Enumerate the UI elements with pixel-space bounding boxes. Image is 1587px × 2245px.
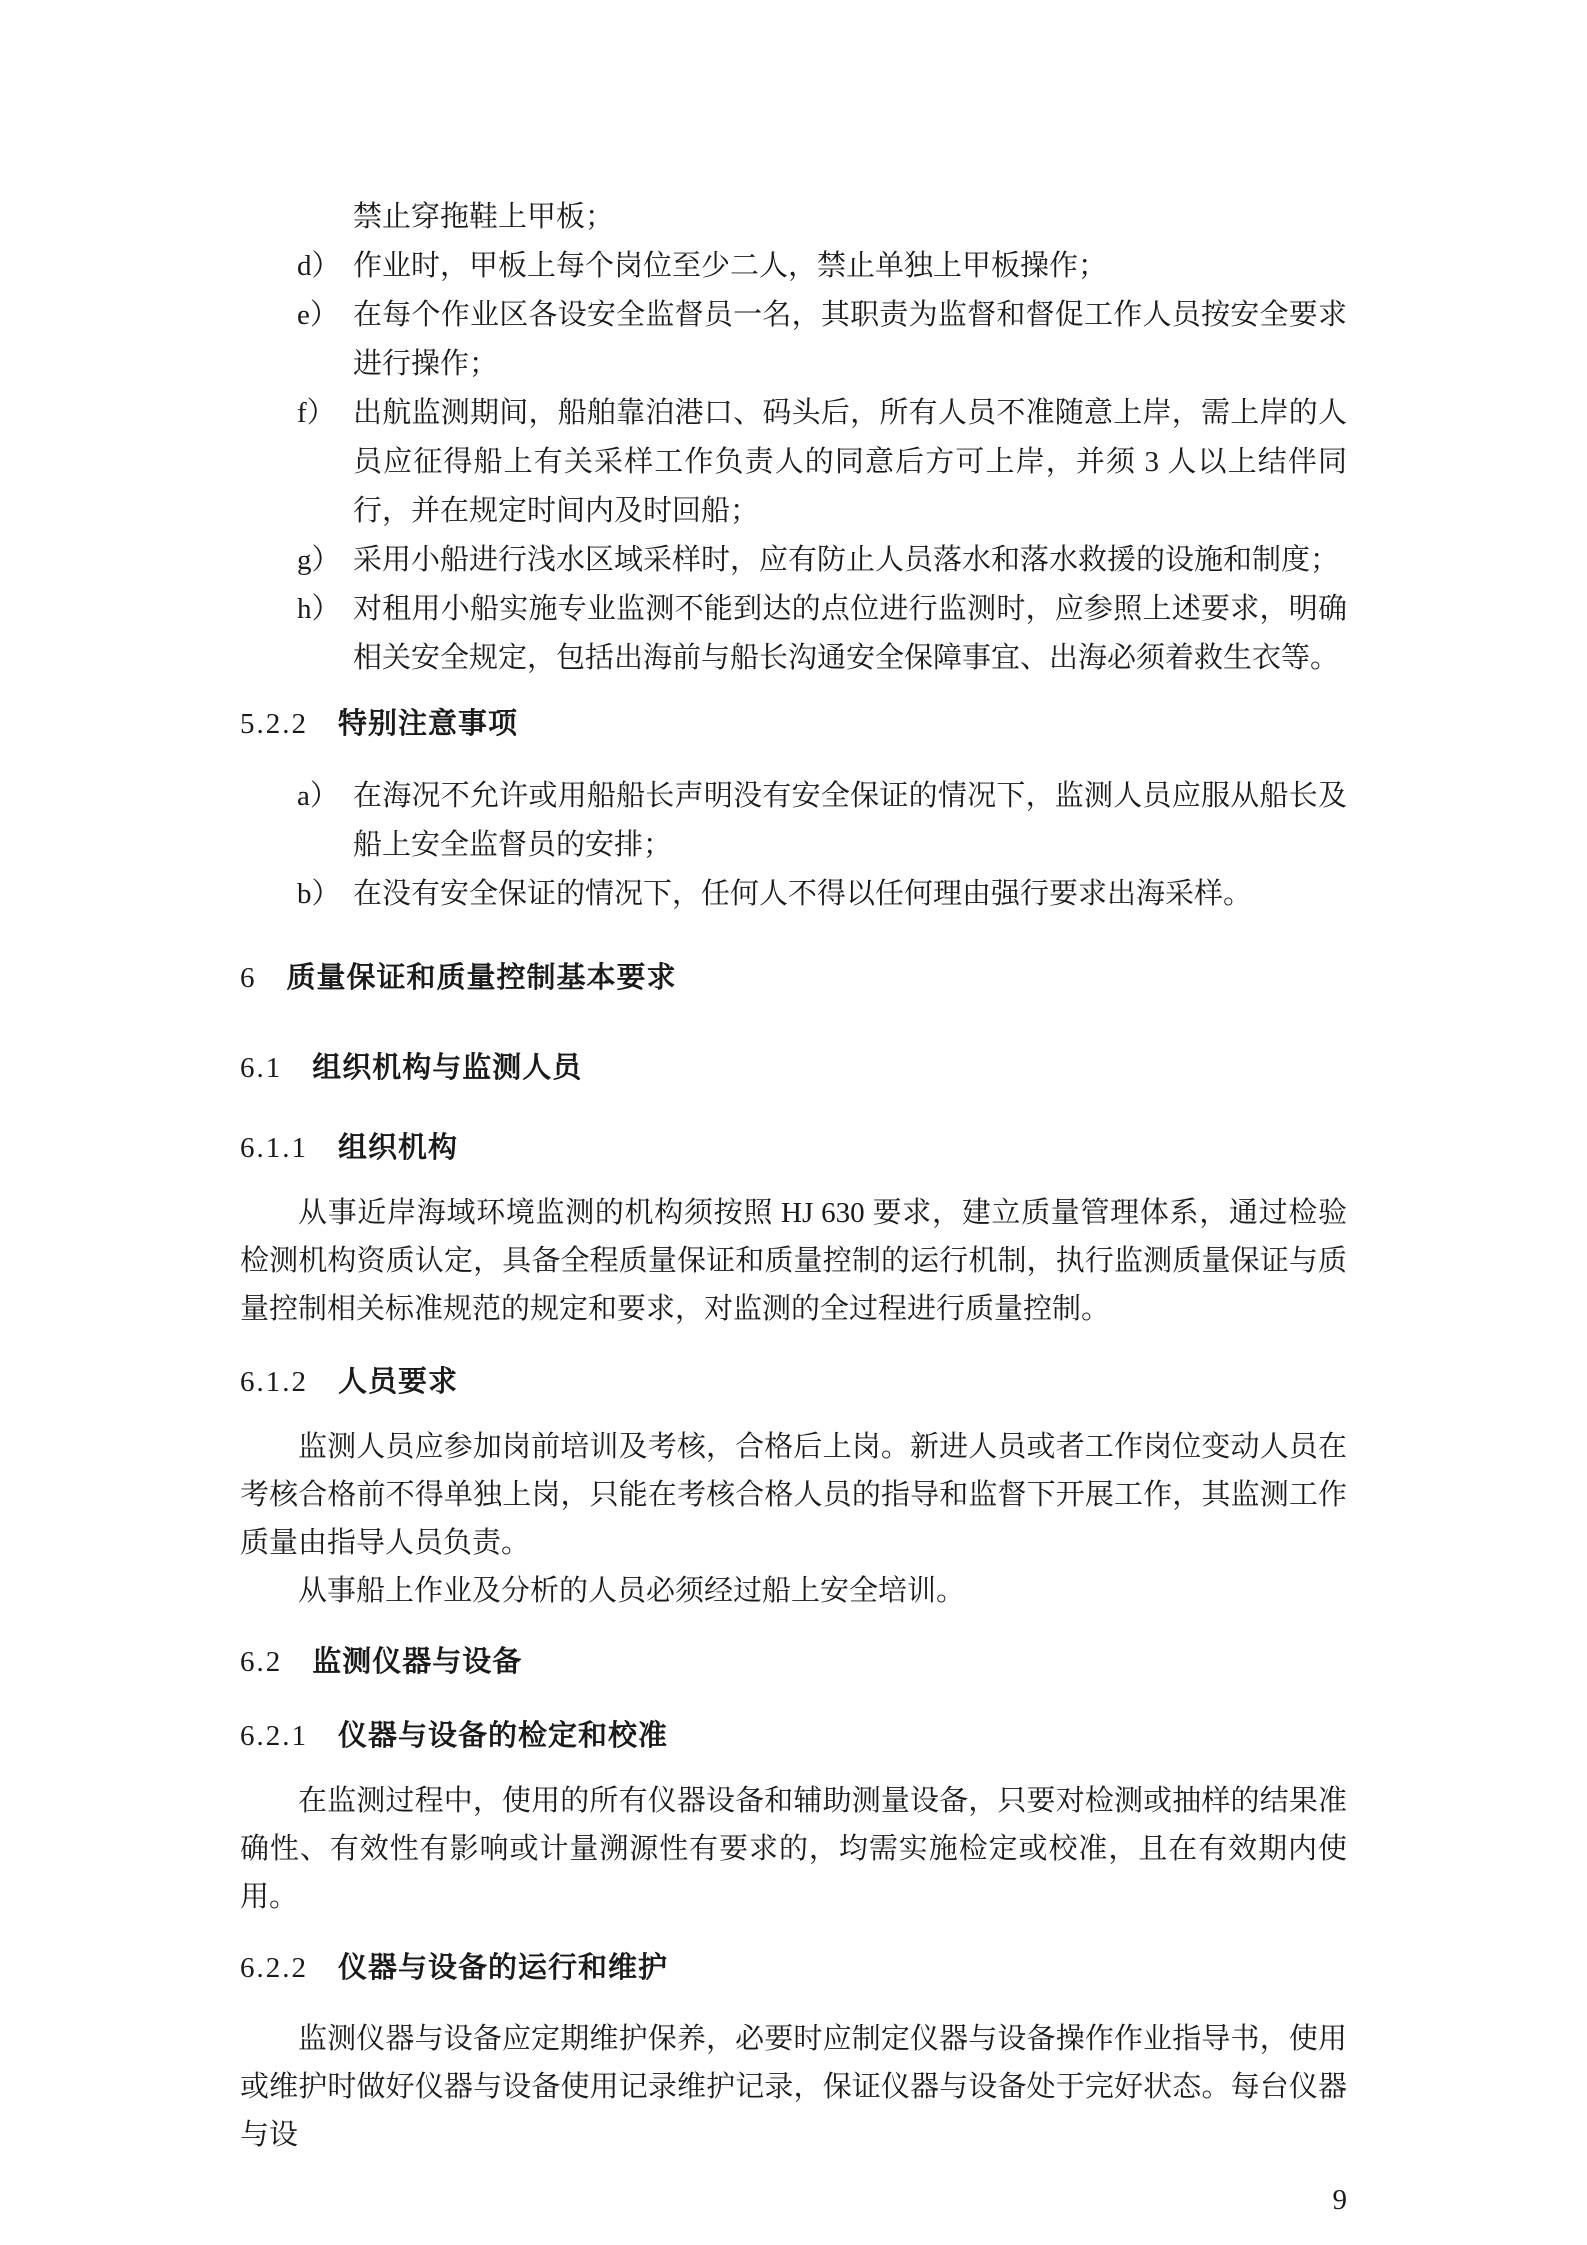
list-marker: h） <box>297 585 341 634</box>
section-title: 仪器与设备的检定和校准 <box>338 1720 668 1752</box>
section-title: 特别注意事项 <box>338 708 518 740</box>
body-paragraph: 从事近岸海域环境监测的机构须按照 HJ 630 要求，建立质量管理体系，通过检验… <box>240 1189 1347 1333</box>
section-title: 人员要求 <box>338 1366 458 1398</box>
list-item-text: 在每个作业区各设安全监督员一名，其职责为监督和督促工作人员按安全要求进行操作； <box>353 299 1347 380</box>
list-item-h: h） 对租用小船实施专业监测不能到达的点位进行监测时，应参照上述要求，明确相关安… <box>240 585 1347 683</box>
list-marker: e） <box>297 291 339 340</box>
list-item-g: g） 采用小船进行浅水区域采样时，应有防止人员落水和落水救援的设施和制度； <box>240 536 1347 585</box>
body-paragraph: 监测人员应参加岗前培训及考核，合格后上岗。新进人员或者工作岗位变动人员在考核合格… <box>240 1423 1347 1567</box>
section-number: 6.2 <box>240 1646 282 1678</box>
list-item-a: a） 在海况不允许或用船船长声明没有安全保证的情况下，监测人员应服从船长及船上安… <box>240 772 1347 870</box>
list-item-c-continuation: 禁止穿拖鞋上甲板； <box>240 193 1347 242</box>
section-heading-6: 6质量保证和质量控制基本要求 <box>240 954 1347 1003</box>
list-item-text: 采用小船进行浅水区域采样时，应有防止人员落水和落水救援的设施和制度； <box>353 544 1339 576</box>
section-heading-5-2-2: 5.2.2特别注意事项 <box>240 700 1347 749</box>
section-title: 组织机构与监测人员 <box>312 1052 582 1084</box>
list-item-b: b） 在没有安全保证的情况下，任何人不得以任何理由强行要求出海采样。 <box>240 870 1347 919</box>
list-marker: a） <box>297 772 339 821</box>
section-title: 组织机构 <box>338 1132 458 1164</box>
list-marker: f） <box>297 389 336 438</box>
section-heading-6-1-1: 6.1.1组织机构 <box>240 1124 1347 1173</box>
section-heading-6-1-2: 6.1.2人员要求 <box>240 1358 1347 1407</box>
section-heading-6-2-1: 6.2.1仪器与设备的检定和校准 <box>240 1712 1347 1761</box>
section-heading-6-2: 6.2监测仪器与设备 <box>240 1638 1347 1687</box>
list-item-d: d） 作业时，甲板上每个岗位至少二人，禁止单独上甲板操作； <box>240 242 1347 291</box>
list-item-e: e） 在每个作业区各设安全监督员一名，其职责为监督和督促工作人员按安全要求进行操… <box>240 291 1347 389</box>
section-number: 6.2.1 <box>240 1720 308 1752</box>
body-paragraph: 在监测过程中，使用的所有仪器设备和辅助测量设备，只要对检测或抽样的结果准确性、有… <box>240 1777 1347 1921</box>
section-number: 6.2.2 <box>240 1952 308 1984</box>
list-item-text: 出航监测期间，船舶靠泊港口、码头后，所有人员不准随意上岸，需上岸的人员应征得船上… <box>353 397 1347 527</box>
section-number: 6.1.2 <box>240 1366 308 1398</box>
section-title: 监测仪器与设备 <box>312 1646 522 1678</box>
section-number: 6 <box>240 962 257 994</box>
section-number: 5.2.2 <box>240 708 308 740</box>
page-number: 9 <box>240 2179 1347 2221</box>
section-title: 质量保证和质量控制基本要求 <box>287 962 677 994</box>
list-item-f: f） 出航监测期间，船舶靠泊港口、码头后，所有人员不准随意上岸，需上岸的人员应征… <box>240 389 1347 536</box>
list-item-text: 在海况不允许或用船船长声明没有安全保证的情况下，监测人员应服从船长及船上安全监督… <box>353 780 1347 861</box>
section-title: 仪器与设备的运行和维护 <box>338 1952 668 1984</box>
list-item-text: 作业时，甲板上每个岗位至少二人，禁止单独上甲板操作； <box>353 250 1107 282</box>
list-marker: g） <box>297 536 341 585</box>
section-heading-6-2-2: 6.2.2仪器与设备的运行和维护 <box>240 1944 1347 1993</box>
section-heading-6-1: 6.1组织机构与监测人员 <box>240 1044 1347 1093</box>
list-item-text: 禁止穿拖鞋上甲板； <box>353 201 614 233</box>
body-paragraph: 从事船上作业及分析的人员必须经过船上安全培训。 <box>240 1567 1347 1615</box>
document-page: 禁止穿拖鞋上甲板； d） 作业时，甲板上每个岗位至少二人，禁止单独上甲板操作； … <box>0 0 1587 2245</box>
section-number: 6.1.1 <box>240 1132 308 1164</box>
list-item-text: 在没有安全保证的情况下，任何人不得以任何理由强行要求出海采样。 <box>353 878 1252 910</box>
list-item-text: 对租用小船实施专业监测不能到达的点位进行监测时，应参照上述要求，明确相关安全规定… <box>353 593 1347 674</box>
list-marker: d） <box>297 242 341 291</box>
body-paragraph: 监测仪器与设备应定期维护保养，必要时应制定仪器与设备操作作业指导书，使用或维护时… <box>240 2015 1347 2159</box>
list-marker: b） <box>297 870 341 919</box>
section-number: 6.1 <box>240 1052 282 1084</box>
